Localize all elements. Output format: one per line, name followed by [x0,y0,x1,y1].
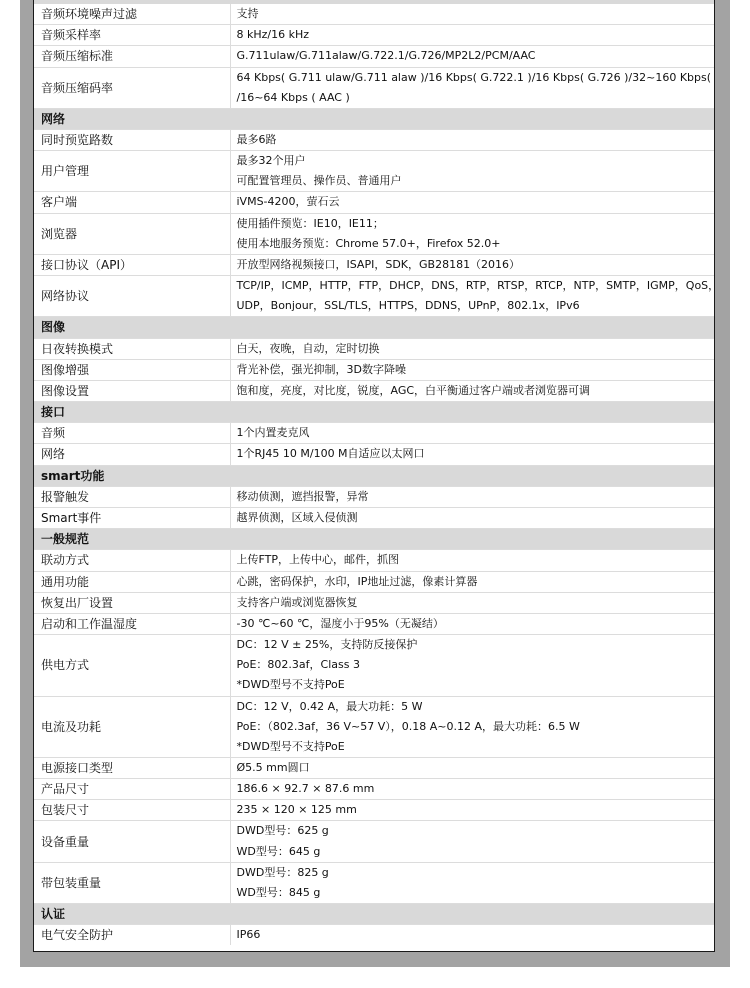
spec-row: 包装尺寸235 × 120 × 125 mm [34,800,714,821]
spec-value-line: /16~64 Kbps ( AAC ) [237,88,715,108]
spec-value-line: 186.6 × 92.7 × 87.6 mm [237,779,715,799]
spec-row: 联动方式上传FTP，上传中心，邮件，抓图 [34,550,714,571]
section-title: 接口 [34,402,714,423]
spec-key: Smart事件 [34,508,230,529]
spec-value-line: 支持 [237,4,715,24]
spec-key: 报警触发 [34,486,230,507]
spec-value-line: 移动侦测，遮挡报警，异常 [237,487,715,507]
spec-key: 产品尺寸 [34,779,230,800]
spec-value: 越界侦测，区域入侵侦测 [230,508,714,529]
spec-key: 音频压缩码率 [34,67,230,108]
spec-row: 电气安全防护IP66 [34,925,714,946]
spec-key: 音频采样率 [34,25,230,46]
section-header: 一般规范 [34,529,714,550]
spec-value: DC：12 V，0.42 A，最大功耗：5 WPoE：（802.3af，36 V… [230,696,714,757]
spec-value: 支持客户端或浏览器恢复 [230,592,714,613]
spec-row: 供电方式DC：12 V ± 25%，支持防反接保护PoE：802.3af，Cla… [34,635,714,696]
spec-value: 1个内置麦克风 [230,423,714,444]
spec-value-line: 8 kHz/16 kHz [237,25,715,45]
spec-row: 带包装重量DWD型号：825 gWD型号：845 g [34,862,714,903]
spec-value: 开放型网络视频接口，ISAPI，SDK，GB28181（2016） [230,254,714,275]
spec-key: 恢复出厂设置 [34,592,230,613]
spec-value: DWD型号：625 gWD型号：645 g [230,821,714,862]
spec-value: 最多32个用户可配置管理员、操作员、普通用户 [230,151,714,192]
spec-value: G.711ulaw/G.711alaw/G.722.1/G.726/MP2L2/… [230,46,714,67]
spec-value: 饱和度，亮度，对比度，锐度，AGC，白平衡通过客户端或者浏览器可调 [230,380,714,401]
spec-value-line: PoE：802.3af，Class 3 [237,655,715,675]
spec-value: 上传FTP，上传中心，邮件，抓图 [230,550,714,571]
spec-value-line: 饱和度，亮度，对比度，锐度，AGC，白平衡通过客户端或者浏览器可调 [237,381,715,401]
spec-value: 最多6路 [230,130,714,151]
spec-value-line: 1个RJ45 10 M/100 M自适应以太网口 [237,444,715,464]
spec-value-line: 最多32个用户 [237,151,715,171]
spec-key: 接口协议（API） [34,254,230,275]
spec-value: 移动侦测，遮挡报警，异常 [230,486,714,507]
section-title: 认证 [34,904,714,925]
spec-value: -30 ℃~60 ℃，湿度小于95%（无凝结） [230,613,714,634]
section-header: 图像 [34,317,714,338]
spec-key: 联动方式 [34,550,230,571]
spec-key: 音频环境噪声过滤 [34,4,230,25]
section-title: smart功能 [34,465,714,486]
spec-value-line: PoE：（802.3af，36 V~57 V），0.18 A~0.12 A，最大… [237,717,715,737]
spec-key: 客户端 [34,192,230,213]
spec-row: 用户管理最多32个用户可配置管理员、操作员、普通用户 [34,151,714,192]
spec-key: 供电方式 [34,635,230,696]
spec-value: iVMS-4200，萤石云 [230,192,714,213]
spec-value-line: 白天，夜晚，自动，定时切换 [237,339,715,359]
spec-row: 网络协议TCP/IP，ICMP，HTTP，FTP，DHCP，DNS，RTP，RT… [34,276,714,317]
spec-value-line: UDP，Bonjour，SSL/TLS，HTTPS，DDNS，UPnP，802.… [237,296,715,316]
spec-row: 启动和工作温湿度-30 ℃~60 ℃，湿度小于95%（无凝结） [34,613,714,634]
spec-key: 包装尺寸 [34,800,230,821]
spec-key: 网络协议 [34,276,230,317]
spec-value-line: DC：12 V，0.42 A，最大功耗：5 W [237,697,715,717]
spec-value-line: *DWD型号不支持PoE [237,675,715,695]
spec-value-line: 越界侦测，区域入侵侦测 [237,508,715,528]
spec-value-line: IP66 [237,925,715,945]
spec-row: 电源接口类型Ø5.5 mm圆口 [34,757,714,778]
spec-key: 图像设置 [34,380,230,401]
spec-row: 恢复出厂设置支持客户端或浏览器恢复 [34,592,714,613]
spec-value: 使用插件预览：IE10，IE11；使用本地服务预览：Chrome 57.0+，F… [230,213,714,254]
spec-row: 日夜转换模式白天，夜晚，自动，定时切换 [34,338,714,359]
spec-row: Smart事件越界侦测，区域入侵侦测 [34,508,714,529]
spec-row: 音频采样率8 kHz/16 kHz [34,25,714,46]
spec-value-line: Ø5.5 mm圆口 [237,758,715,778]
spec-key: 日夜转换模式 [34,338,230,359]
spec-value: TCP/IP，ICMP，HTTP，FTP，DHCP，DNS，RTP，RTSP，R… [230,276,714,317]
section-header: 网络 [34,108,714,129]
spec-key: 音频压缩标准 [34,46,230,67]
spec-key: 网络 [34,444,230,465]
spec-row: 电流及功耗DC：12 V，0.42 A，最大功耗：5 WPoE：（802.3af… [34,696,714,757]
spec-row: 图像设置饱和度，亮度，对比度，锐度，AGC，白平衡通过客户端或者浏览器可调 [34,380,714,401]
spec-value-line: 开放型网络视频接口，ISAPI，SDK，GB28181（2016） [237,255,715,275]
spec-row: 浏览器使用插件预览：IE10，IE11；使用本地服务预览：Chrome 57.0… [34,213,714,254]
spec-table-body: 音频环境噪声过滤支持音频采样率8 kHz/16 kHz音频压缩标准G.711ul… [34,4,714,945]
spec-row: 音频环境噪声过滤支持 [34,4,714,25]
spec-row: 网络1个RJ45 10 M/100 M自适应以太网口 [34,444,714,465]
spec-value: DWD型号：825 gWD型号：845 g [230,862,714,903]
spec-value: IP66 [230,925,714,946]
spec-row: 接口协议（API）开放型网络视频接口，ISAPI，SDK，GB28181（201… [34,254,714,275]
spec-row: 音频1个内置麦克风 [34,423,714,444]
section-title: 一般规范 [34,529,714,550]
spec-value: 1个RJ45 10 M/100 M自适应以太网口 [230,444,714,465]
spec-value: 白天，夜晚，自动，定时切换 [230,338,714,359]
spec-value-line: 使用本地服务预览：Chrome 57.0+，Firefox 52.0+ [237,234,715,254]
spec-value-line: WD型号：845 g [237,883,715,903]
spec-key: 电源接口类型 [34,757,230,778]
spec-key: 通用功能 [34,571,230,592]
spec-value-line: 可配置管理员、操作员、普通用户 [237,171,715,191]
spec-value: 支持 [230,4,714,25]
spec-value: Ø5.5 mm圆口 [230,757,714,778]
spec-value-line: 1个内置麦克风 [237,423,715,443]
spec-value-line: DC：12 V ± 25%，支持防反接保护 [237,635,715,655]
spec-value-line: 使用插件预览：IE10，IE11； [237,214,715,234]
spec-key: 电流及功耗 [34,696,230,757]
spec-value-line: G.711ulaw/G.711alaw/G.722.1/G.726/MP2L2/… [237,46,715,66]
spec-row: 音频压缩标准G.711ulaw/G.711alaw/G.722.1/G.726/… [34,46,714,67]
spec-value-line: 心跳，密码保护，水印，IP地址过滤，像素计算器 [237,572,715,592]
spec-value: 心跳，密码保护，水印，IP地址过滤，像素计算器 [230,571,714,592]
spec-row: 报警触发移动侦测，遮挡报警，异常 [34,486,714,507]
spec-value: 64 Kbps( G.711 ulaw/G.711 alaw )/16 Kbps… [230,67,714,108]
spec-value-line: *DWD型号不支持PoE [237,737,715,757]
spec-value-line: -30 ℃~60 ℃，湿度小于95%（无凝结） [237,614,715,634]
spec-value-line: DWD型号：625 g [237,821,715,841]
spec-value: DC：12 V ± 25%，支持防反接保护PoE：802.3af，Class 3… [230,635,714,696]
section-header: 认证 [34,904,714,925]
spec-value-line: 上传FTP，上传中心，邮件，抓图 [237,550,715,570]
spec-row: 音频压缩码率64 Kbps( G.711 ulaw/G.711 alaw )/1… [34,67,714,108]
spec-row: 图像增强背光补偿，强光抑制，3D数字降噪 [34,359,714,380]
spec-value: 235 × 120 × 125 mm [230,800,714,821]
spec-row: 设备重量DWD型号：625 gWD型号：645 g [34,821,714,862]
spec-value-line: DWD型号：825 g [237,863,715,883]
spec-row: 通用功能心跳，密码保护，水印，IP地址过滤，像素计算器 [34,571,714,592]
spec-key: 用户管理 [34,151,230,192]
spec-value-line: 背光补偿，强光抑制，3D数字降噪 [237,360,715,380]
spec-value: 背光补偿，强光抑制，3D数字降噪 [230,359,714,380]
spec-key: 浏览器 [34,213,230,254]
spec-sheet: 音频环境噪声过滤支持音频采样率8 kHz/16 kHz音频压缩标准G.711ul… [33,0,715,952]
spec-key: 同时预览路数 [34,130,230,151]
spec-value-line: 64 Kbps( G.711 ulaw/G.711 alaw )/16 Kbps… [237,68,715,88]
section-title: 网络 [34,108,714,129]
spec-row: 同时预览路数最多6路 [34,130,714,151]
spec-value: 8 kHz/16 kHz [230,25,714,46]
spec-key: 图像增强 [34,359,230,380]
spec-key: 音频 [34,423,230,444]
spec-table: 音频环境噪声过滤支持音频采样率8 kHz/16 kHz音频压缩标准G.711ul… [34,4,714,945]
spec-key: 带包装重量 [34,862,230,903]
section-header: smart功能 [34,465,714,486]
spec-row: 客户端iVMS-4200，萤石云 [34,192,714,213]
spec-value-line: WD型号：645 g [237,842,715,862]
spec-value-line: 支持客户端或浏览器恢复 [237,593,715,613]
section-title: 图像 [34,317,714,338]
spec-key: 设备重量 [34,821,230,862]
spec-key: 电气安全防护 [34,925,230,946]
spec-value-line: 235 × 120 × 125 mm [237,800,715,820]
spec-value-line: 最多6路 [237,130,715,150]
spec-row: 产品尺寸186.6 × 92.7 × 87.6 mm [34,779,714,800]
spec-value-line: TCP/IP，ICMP，HTTP，FTP，DHCP，DNS，RTP，RTSP，R… [237,276,715,296]
spec-key: 启动和工作温湿度 [34,613,230,634]
spec-value: 186.6 × 92.7 × 87.6 mm [230,779,714,800]
spec-value-line: iVMS-4200，萤石云 [237,192,715,212]
section-header: 接口 [34,402,714,423]
